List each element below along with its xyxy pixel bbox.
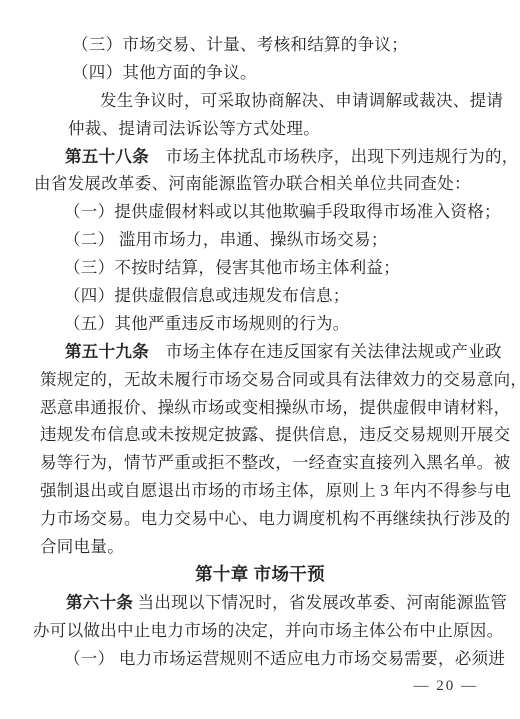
doc-line-6: 由省发展改革委、河南能源监管办联合相关单位共同查处： xyxy=(0,170,520,198)
text-segment: 策规定的，无故未履行市场交易合同或具有法律效力的交易意向， xyxy=(40,370,520,389)
doc-line-1: （三）市场交易、计量、考核和结算的争议； xyxy=(0,31,520,59)
doc-line-2: （四）其他方面的争议。 xyxy=(0,59,520,87)
text-segment: 市场主体存在违反国家有关法律法规或产业政 xyxy=(149,342,502,361)
text-segment: 恶意串通报价、操纵市场或变相操纵市场，提供虚假申请材料， xyxy=(40,398,510,417)
text-segment: （五）其他严重违反市场规则的行为。 xyxy=(64,314,350,333)
text-segment: 由省发展改革委、河南能源监管办联合相关单位共同查处： xyxy=(34,174,471,193)
document-page: （三）市场交易、计量、考核和结算的争议；（四）其他方面的争议。发生争议时，可采取… xyxy=(0,0,520,719)
article-number: 第五十八条 xyxy=(65,148,149,166)
doc-line-17: 强制退出或自愿退出市场的市场主体，原则上 3 年内不得参与电 xyxy=(0,477,520,505)
doc-line-3: 发生争议时，可采取协商解决、申请调解或裁决、提请 xyxy=(0,87,520,115)
doc-line-23: （一） 电力市场运营规则不适应电力市场交易需要，必须进 xyxy=(0,645,520,673)
text-segment: （一） 电力市场运营规则不适应电力市场交易需要，必须进 xyxy=(64,649,505,668)
text-segment: 强制退出或自愿退出市场的市场主体，原则上 3 年内不得参与电 xyxy=(40,481,511,500)
text-segment: （二） 滥用市场力，串通、操纵市场交易； xyxy=(64,230,388,249)
text-segment: （四）提供虚假信息或违规发布信息； xyxy=(64,286,350,305)
doc-line-4: 仲裁、提请司法诉讼等方式处理。 xyxy=(0,115,520,143)
doc-line-9: （三）不按时结算，侵害其他市场主体利益； xyxy=(0,254,520,282)
text-segment: 仲裁、提请司法诉讼等方式处理。 xyxy=(68,119,320,138)
page-number: — 20 — xyxy=(414,673,479,701)
doc-line-10: （四）提供虚假信息或违规发布信息； xyxy=(0,282,520,310)
text-segment: 当出现以下情况时，省发展改革委、河南能源监管 xyxy=(133,593,507,612)
doc-line-14: 恶意串通报价、操纵市场或变相操纵市场，提供虚假申请材料， xyxy=(0,394,520,422)
doc-line-13: 策规定的，无故未履行市场交易合同或具有法律效力的交易意向， xyxy=(0,366,520,394)
doc-line-18: 力市场交易。电力交易中心、电力调度机构不再继续执行涉及的 xyxy=(0,505,520,533)
doc-line-22: 办可以做出中止电力市场的决定，并向市场主体公布中止原因。 xyxy=(0,617,520,645)
doc-line-7: （一）提供虚假材料或以其他欺骗手段取得市场准入资格； xyxy=(0,198,520,226)
doc-line-11: （五）其他严重违反市场规则的行为。 xyxy=(0,310,520,338)
text-segment: 办可以做出中止电力市场的决定，并向市场主体公布中止原因。 xyxy=(33,621,503,640)
text-segment: 合同电量。 xyxy=(40,537,124,556)
doc-line-19: 合同电量。 xyxy=(0,533,520,561)
doc-line-8: （二） 滥用市场力，串通、操纵市场交易； xyxy=(0,226,520,254)
article-number: 第五十九条 xyxy=(65,343,149,361)
text-segment: 易等行为，情节严重或拒不整改，一经查实直接列入黑名单。被 xyxy=(40,453,510,472)
chapter-heading: 第十章 市场干预 xyxy=(0,561,520,589)
doc-line-12: 第五十九条 市场主体存在违反国家有关法律法规或产业政 xyxy=(0,338,520,366)
text-segment: （三）不按时结算，侵害其他市场主体利益； xyxy=(64,258,400,277)
text-segment: 力市场交易。电力交易中心、电力调度机构不再继续执行涉及的 xyxy=(40,509,510,528)
doc-line-16: 易等行为，情节严重或拒不整改，一经查实直接列入黑名单。被 xyxy=(0,449,520,477)
doc-line-5: 第五十八条 市场主体扰乱市场秩序，出现下列违规行为的， xyxy=(0,143,520,171)
article-number: 第六十条 xyxy=(66,594,133,612)
text-segment: 违规发布信息或未按规定披露、提供信息，违反交易规则开展交 xyxy=(40,425,510,444)
text-segment: （三）市场交易、计量、考核和结算的争议； xyxy=(72,35,408,54)
article-number: 第十章 市场干预 xyxy=(195,564,325,584)
text-segment: 市场主体扰乱市场秩序，出现下列违规行为的， xyxy=(149,147,519,166)
document-body: （三）市场交易、计量、考核和结算的争议；（四）其他方面的争议。发生争议时，可采取… xyxy=(0,0,520,672)
text-segment: （一）提供虚假材料或以其他欺骗手段取得市场准入资格； xyxy=(64,202,501,221)
text-segment: （四）其他方面的争议。 xyxy=(72,63,257,82)
doc-line-21: 第六十条 当出现以下情况时，省发展改革委、河南能源监管 xyxy=(0,589,520,617)
text-segment: 发生争议时，可采取协商解决、申请调解或裁决、提请 xyxy=(100,91,503,110)
doc-line-15: 违规发布信息或未按规定披露、提供信息，违反交易规则开展交 xyxy=(0,421,520,449)
